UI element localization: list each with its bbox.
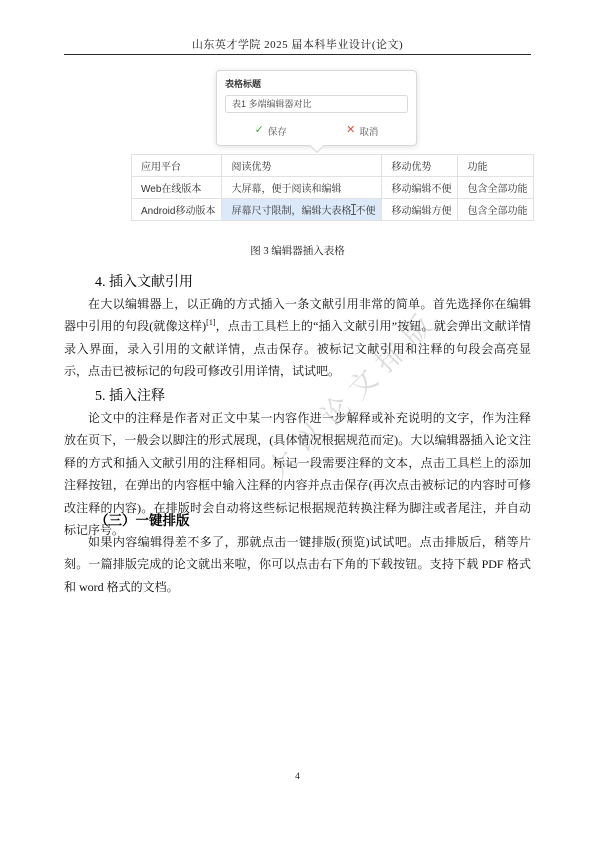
text-cursor-icon xyxy=(349,203,357,216)
check-icon: ✓ xyxy=(255,125,264,136)
figure-caption: 图 3 编辑器插入表格 xyxy=(64,243,531,258)
subsection-paragraph: 如果内容编辑得差不多了，那就点击一键排版(预览)试试吧。点击排版后，稍等片刻。一… xyxy=(64,531,531,598)
section-heading-4: 4. 插入文献引用 xyxy=(64,271,531,291)
table-row: Web在线版本 大屏幕，便于阅读和编辑 移动编辑不便 包含全部功能 xyxy=(132,177,534,199)
cancel-button[interactable]: ✕ 取消 xyxy=(317,124,409,138)
table-header-row: 应用平台 阅读优势 移动优势 功能 xyxy=(132,155,534,177)
save-button[interactable]: ✓ 保存 xyxy=(225,124,317,138)
table-title-label: 表格标题 xyxy=(225,77,408,90)
table-row: Android移动版本 屏幕尺寸限制，编辑大表格不便 移动编辑方便 包含全部功能 xyxy=(132,199,534,221)
section-4-paragraph: 在大以编辑器上，以正确的方式插入一条文献引用非常的简单。首先选择你在编辑器中引用… xyxy=(64,293,531,383)
editor-comparison-table: 应用平台 阅读优势 移动优势 功能 Web在线版本 大屏幕，便于阅读和编辑 移动… xyxy=(131,154,534,221)
cancel-button-label: 取消 xyxy=(359,124,378,138)
close-icon: ✕ xyxy=(346,125,355,136)
save-button-label: 保存 xyxy=(268,124,287,138)
table-title-dialog: 表格标题 ✓ 保存 ✕ 取消 xyxy=(216,70,417,146)
cell-web-reading: 大屏幕，便于阅读和编辑 xyxy=(222,177,382,199)
cell-android-reading-highlighted[interactable]: 屏幕尺寸限制，编辑大表格不便 xyxy=(222,199,382,221)
header-cell-features: 功能 xyxy=(458,155,534,177)
cell-android-mobile: 移动编辑方便 xyxy=(382,199,458,221)
cell-web-mobile: 移动编辑不便 xyxy=(382,177,458,199)
cell-android-features: 包含全部功能 xyxy=(458,199,534,221)
header-divider xyxy=(64,54,531,55)
dialog-pointer-caret xyxy=(309,138,323,152)
page-header-title: 山东英才学院 2025 届本科毕业设计(论文) xyxy=(64,36,531,52)
header-cell-platform: 应用平台 xyxy=(132,155,222,177)
cell-android-platform: Android移动版本 xyxy=(132,199,222,221)
cell-web-features: 包含全部功能 xyxy=(458,177,534,199)
page-number: 4 xyxy=(0,772,595,782)
header-cell-reading: 阅读优势 xyxy=(222,155,382,177)
section-heading-5: 5. 插入注释 xyxy=(64,385,531,405)
table-title-input[interactable] xyxy=(225,95,408,113)
highlighted-text-after-cursor: 不便 xyxy=(355,206,375,217)
header-cell-mobile: 移动优势 xyxy=(382,155,458,177)
cell-web-platform: Web在线版本 xyxy=(132,177,222,199)
document-page: 山东英才学院 2025 届本科毕业设计(论文) 大以论文排版 表格标题 ✓ 保存… xyxy=(0,0,595,842)
dialog-button-row: ✓ 保存 ✕ 取消 xyxy=(225,124,408,138)
subsection-heading-one-click-layout: （三）一键排版 xyxy=(64,509,531,529)
highlighted-text-before-cursor: 屏幕尺寸限制，编辑大表格 xyxy=(231,206,351,217)
